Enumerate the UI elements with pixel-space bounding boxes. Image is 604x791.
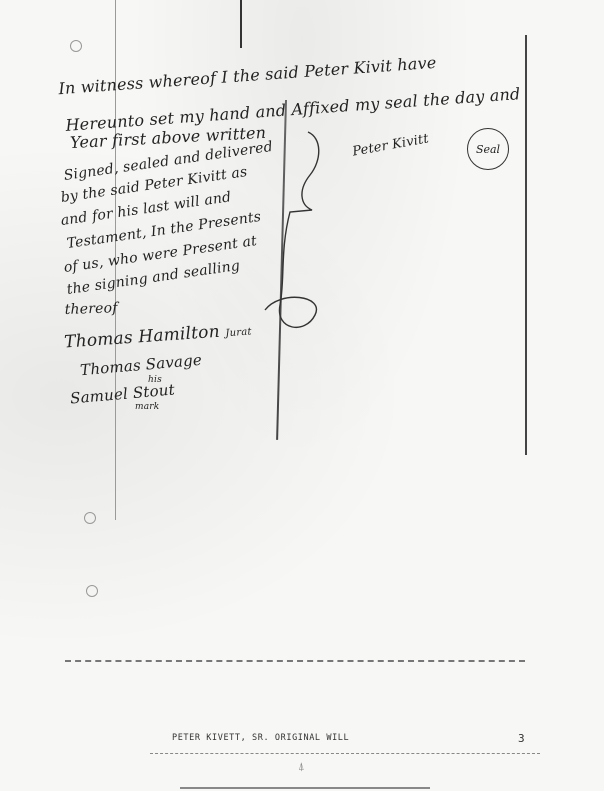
witness-signature: Samuel Stout (69, 380, 175, 407)
testator-signature: Peter Kivitt (351, 131, 430, 159)
brace-icon (250, 130, 330, 340)
punch-hole-icon (86, 585, 98, 597)
copy-mark-icon: ⍋ (298, 760, 305, 774)
margin-rule-right (525, 35, 527, 455)
footer-rule (150, 753, 540, 754)
seal-icon: Seal (467, 128, 509, 170)
punch-hole-icon (70, 40, 82, 52)
fold-dash-line (65, 660, 525, 662)
page-edge (180, 787, 430, 789)
page-number: 3 (518, 732, 525, 745)
attestation-line: thereof (64, 300, 117, 318)
footer-title: PETER KIVETT, SR. ORIGINAL WILL (172, 733, 349, 743)
punch-hole-icon (84, 512, 96, 524)
fold-line-top (240, 0, 242, 48)
witness-signature: Thomas Savage (79, 351, 202, 380)
witness-signature: Thomas Hamilton Jurat (64, 319, 253, 352)
witness-note: mark (135, 402, 159, 412)
seal-text: Seal (476, 143, 500, 156)
document-page: In witness whereof I the said Peter Kivi… (0, 0, 604, 791)
